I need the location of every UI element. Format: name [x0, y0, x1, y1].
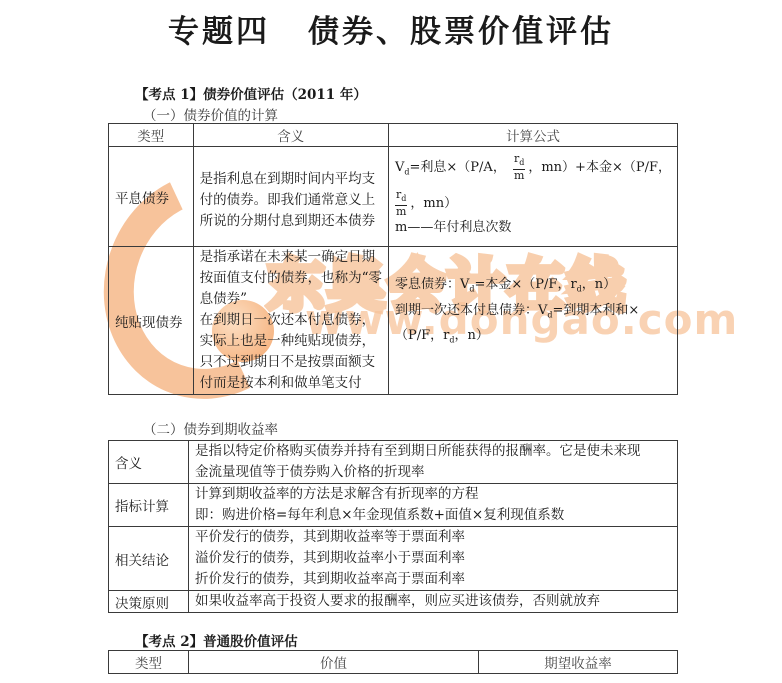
row-meaning: 是指利息在到期时间内平均支 付的债券。即我们通常意义上 所说的分期付息到期还本债… — [193, 147, 388, 247]
yield-to-maturity-table: 含义 是指以特定价格购买债券并持有至到期日所能获得的报酬率。它是使未来现 金流量… — [108, 440, 678, 613]
column-header: 价值 — [189, 651, 479, 674]
table-header-row: 类型 价值 期望收益率 — [109, 651, 678, 674]
table-row: 相关结论 平价发行的债券，其到期收益率等于票面利率 溢价发行的债券，其到期收益率… — [109, 527, 678, 591]
title-topic-number: 专题四 — [168, 14, 270, 50]
column-header: 类型 — [109, 651, 189, 674]
row-content: 是指以特定价格购买债券并持有至到期日所能获得的报酬率。它是使未来现 金流量现值等… — [189, 441, 678, 484]
row-formula: 零息债券：Vd=本金×（P/F，rd，n） 到期一次还本付息债券：Vd=到期本利… — [389, 247, 678, 395]
section2-heading: 【考点 2】普通股价值评估 — [135, 630, 298, 650]
stock-value-table: 类型 价值 期望收益率 — [108, 650, 678, 674]
row-type: 平息债券 — [109, 147, 194, 247]
row-label: 含义 — [109, 441, 189, 484]
table-row: 纯贴现债券 是指承诺在未来某一确定日期 按面值支付的债券，也称为“零 息债券” … — [109, 247, 678, 395]
column-header: 类型 — [109, 124, 194, 147]
table-header-row: 类型 含义 计算公式 — [109, 124, 678, 147]
row-content: 平价发行的债券，其到期收益率等于票面利率 溢价发行的债券，其到期收益率小于票面利… — [189, 527, 678, 591]
column-header: 期望收益率 — [479, 651, 678, 674]
row-content: 计算到期收益率的方法是求解含有折现率的方程 即：购进价格=每年利息×年金现值系数… — [189, 484, 678, 527]
table-row: 决策原则 如果收益率高于投资人要求的报酬率，则应买进该债券，否则就放弃 — [109, 591, 678, 613]
row-meaning: 是指承诺在未来某一确定日期 按面值支付的债券，也称为“零 息债券” 在到期日一次… — [193, 247, 388, 395]
row-label: 指标计算 — [109, 484, 189, 527]
table-row: 平息债券 是指利息在到期时间内平均支 付的债券。即我们通常意义上 所说的分期付息… — [109, 147, 678, 247]
section1-sub1-heading: （一）债券价值的计算 — [143, 104, 278, 124]
formula-note: m——年付利息次数 — [395, 218, 671, 238]
bond-value-table: 类型 含义 计算公式 平息债券 是指利息在到期时间内平均支 付的债券。即我们通常… — [108, 123, 678, 395]
title-topic-name: 债券、股票价值评估 — [308, 14, 614, 50]
column-header: 计算公式 — [389, 124, 678, 147]
section1-heading: 【考点 1】债券价值评估（2011 年） — [135, 83, 367, 103]
row-type: 纯贴现债券 — [109, 247, 194, 395]
row-label: 相关结论 — [109, 527, 189, 591]
table-row: 含义 是指以特定价格购买债券并持有至到期日所能获得的报酬率。它是使未来现 金流量… — [109, 441, 678, 484]
row-label: 决策原则 — [109, 591, 189, 613]
column-header: 含义 — [193, 124, 388, 147]
row-content: 如果收益率高于投资人要求的报酬率，则应买进该债券，否则就放弃 — [189, 591, 678, 613]
row-formula: Vd=利息×（P/A， rdm，mn）+本金×（P/F， rdm，mn） m——… — [389, 147, 678, 247]
section1-sub2-heading: （二）债券到期收益率 — [143, 418, 278, 438]
page-title: 专题四债券、股票价值评估 — [0, 6, 782, 51]
table-row: 指标计算 计算到期收益率的方法是求解含有折现率的方程 即：购进价格=每年利息×年… — [109, 484, 678, 527]
